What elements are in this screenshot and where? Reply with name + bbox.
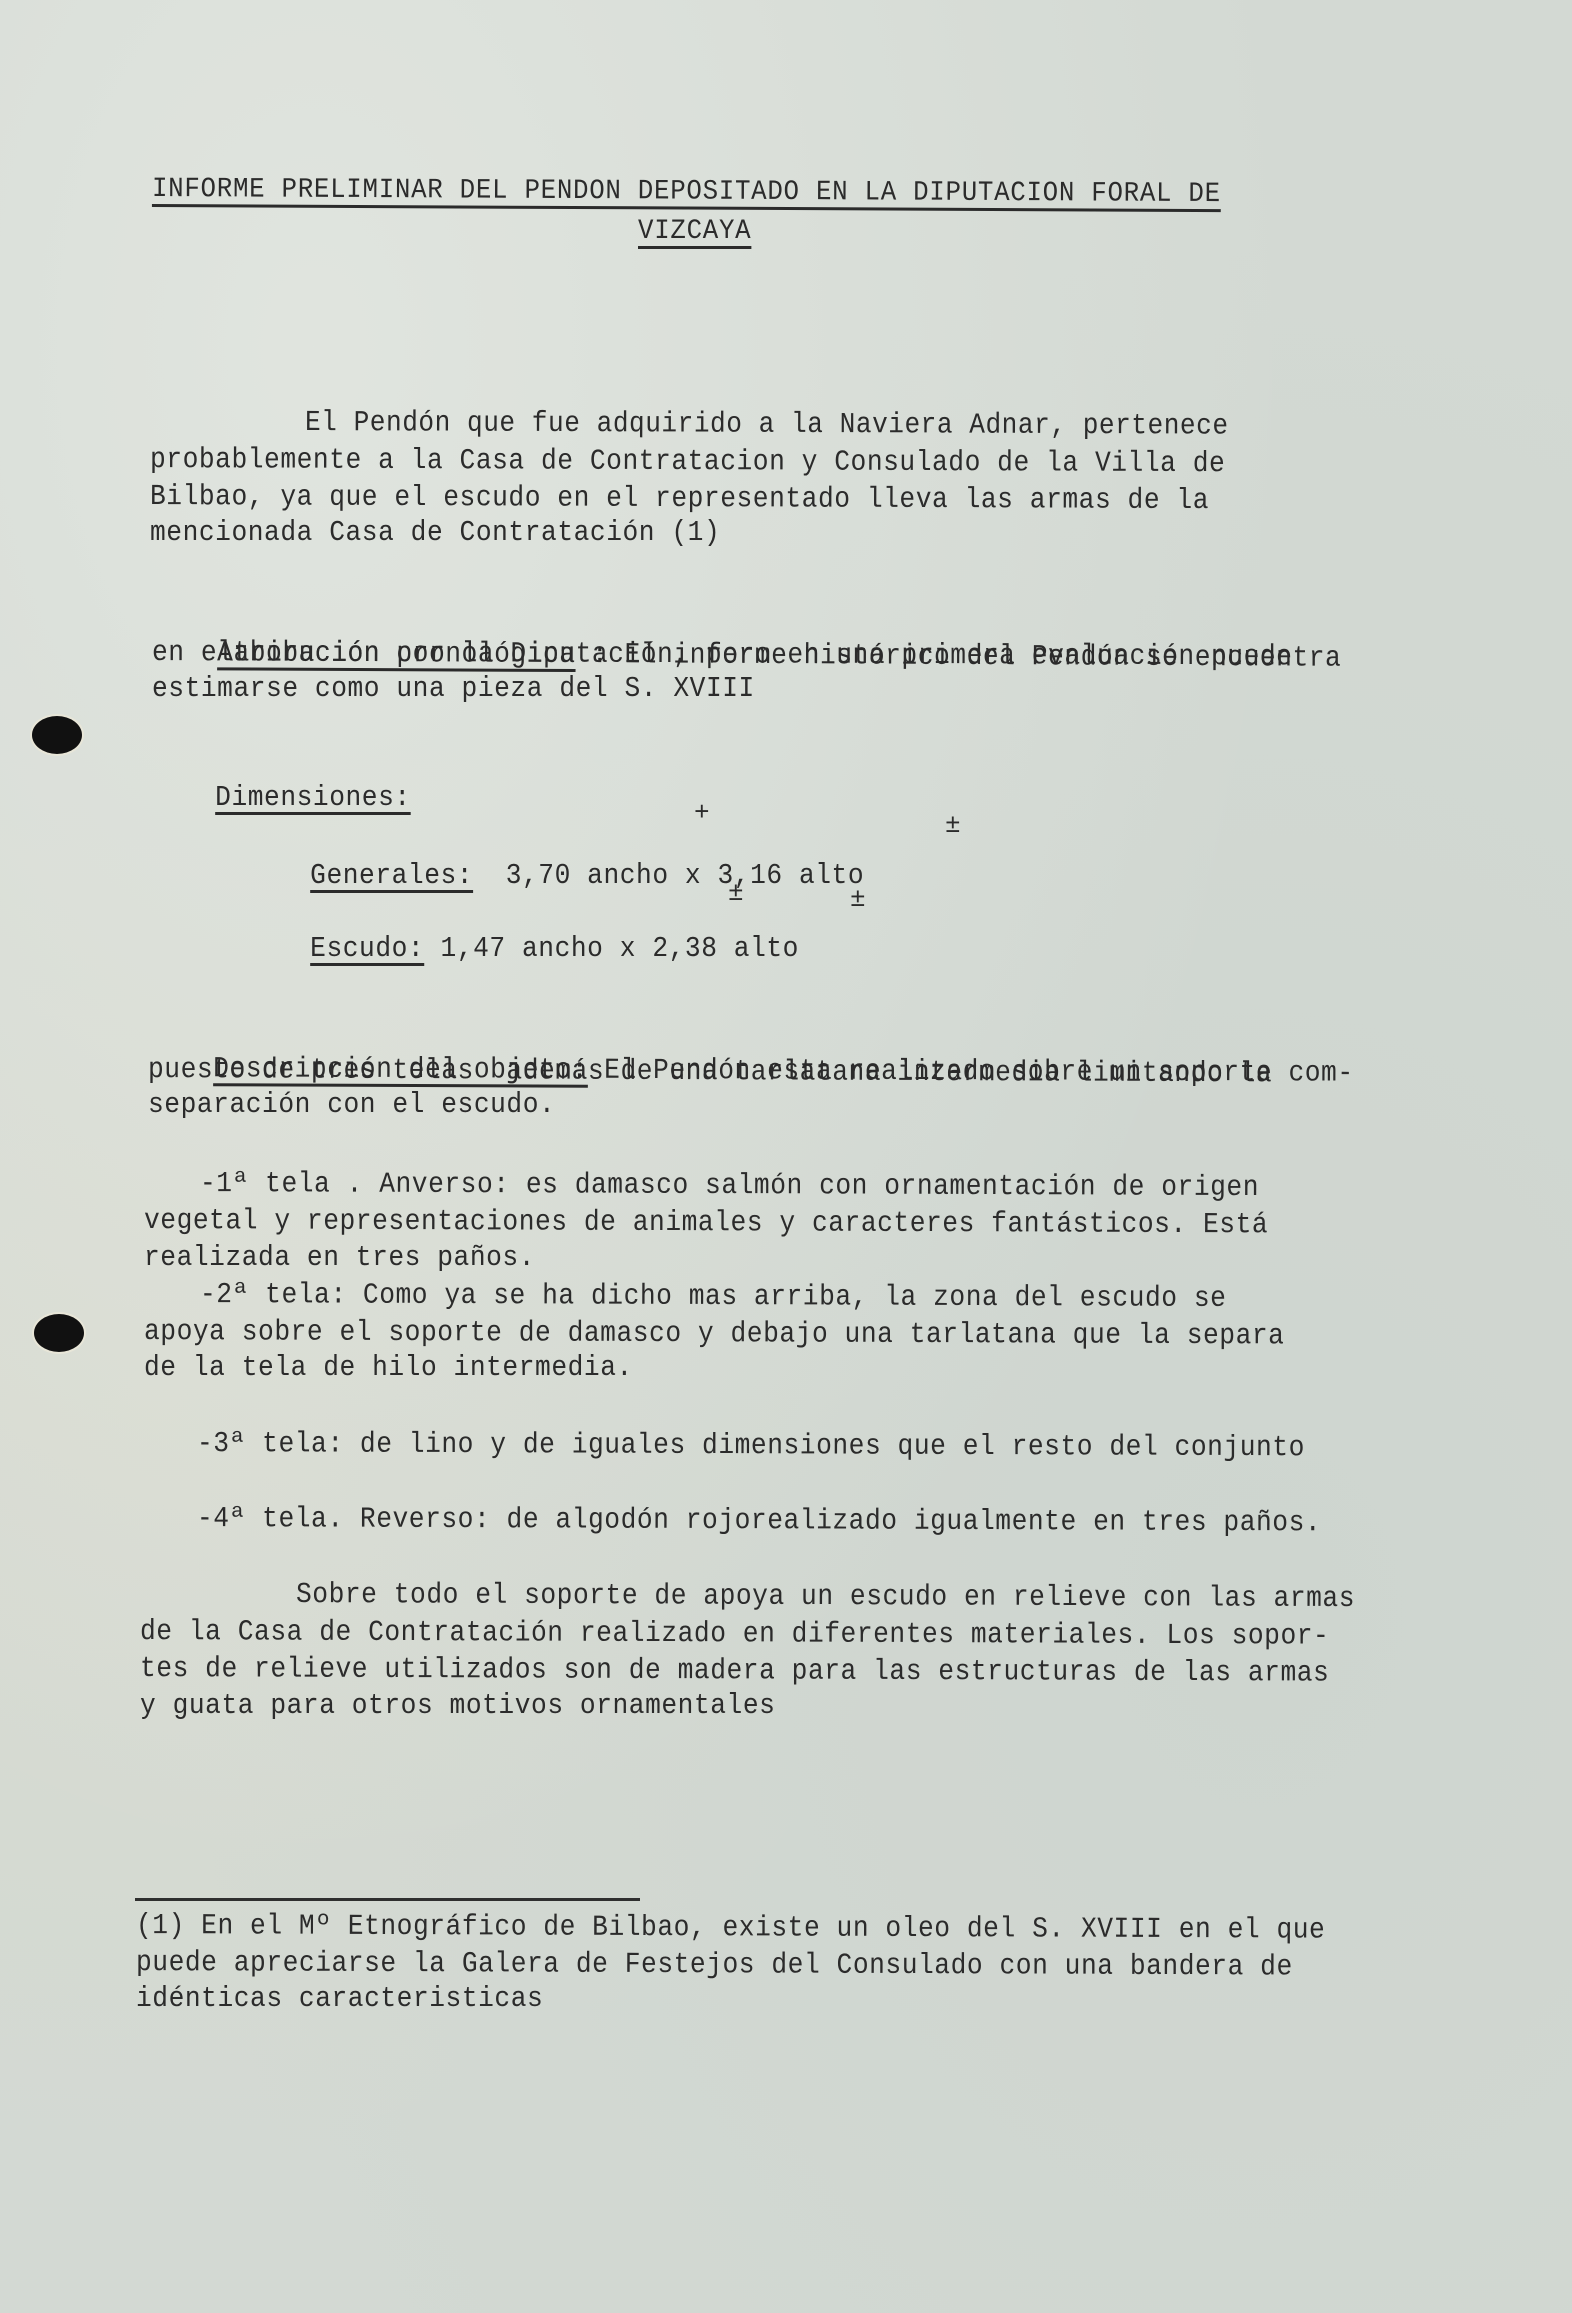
escudo-value: 1,47 ancho x 2,38 alto bbox=[424, 932, 799, 965]
intro-line: El Pendón que fue adquirido a la Naviera… bbox=[305, 405, 1229, 445]
intro-line: mencionada Casa de Contratación (1) bbox=[150, 515, 720, 551]
generales-plus-mark: + bbox=[694, 800, 710, 826]
tela-line: -4ª tela. Reverso: de algodón rojorealiz… bbox=[197, 1501, 1321, 1541]
tela-line: -2ª tela: Como ya se ha dicho mas arriba… bbox=[200, 1277, 1227, 1317]
document-title-line-2: VIZCAYA bbox=[638, 214, 751, 250]
tela-line: -3ª tela: de lino y de iguales dimension… bbox=[197, 1426, 1305, 1466]
dimensiones-heading-text: Dimensiones: bbox=[215, 781, 411, 814]
escudo-label: Escudo: bbox=[310, 932, 424, 965]
generales-plus-minus-mark: ± bbox=[945, 812, 961, 838]
tela-line: realizada en tres paños. bbox=[144, 1240, 535, 1276]
tela-line: de la tela de hilo intermedia. bbox=[144, 1350, 633, 1386]
footnote-line: idénticas caracteristicas bbox=[136, 1981, 543, 2017]
intro-line: Bilbao, ya que el escudo en el represent… bbox=[150, 479, 1209, 519]
escudo-plus-minus-mark: ± bbox=[728, 880, 744, 906]
soporte-line: Sobre todo el soporte de apoya un escudo… bbox=[296, 1577, 1355, 1617]
document-title-line-1: INFORME PRELIMINAR DEL PENDON DEPOSITADO… bbox=[152, 172, 1221, 213]
atribucion-line-2: en elaboración por la Diputación, pero e… bbox=[152, 635, 1293, 675]
punch-hole-bottom bbox=[34, 1314, 84, 1352]
footnote-rule bbox=[135, 1898, 640, 1901]
intro-line: probablemente a la Casa de Contratacion … bbox=[150, 442, 1225, 482]
generales-value: 3,70 ancho x 3,16 alto bbox=[473, 859, 864, 892]
tela-line: -1ª tela . Anverso: es damasco salmón co… bbox=[200, 1166, 1259, 1206]
footnote-line: puede apreciarse la Galera de Festejos d… bbox=[136, 1945, 1293, 1985]
tela-line: apoya sobre el soporte de damasco y deba… bbox=[144, 1314, 1285, 1354]
generales-label: Generales: bbox=[310, 859, 473, 892]
soporte-line: tes de relieve utilizados son de madera … bbox=[140, 1651, 1329, 1692]
soporte-line: y guata para otros motivos ornamentales bbox=[140, 1688, 775, 1724]
punch-hole-top bbox=[32, 716, 82, 754]
footnote-line: (1) En el Mº Etnográfico de Bilbao, exis… bbox=[136, 1908, 1325, 1949]
tela-line: vegetal y representaciones de animales y… bbox=[144, 1203, 1268, 1243]
dimensiones-escudo: Escudo: 1,47 ancho x 2,38 alto bbox=[245, 895, 799, 1003]
soporte-line: de la Casa de Contratación realizado en … bbox=[140, 1614, 1329, 1655]
atribucion-line-3: estimarse como una pieza del S. XVIII bbox=[152, 671, 755, 707]
descripcion-line-3: separación con el escudo. bbox=[148, 1087, 555, 1123]
escudo-plus-minus-mark-2: ± bbox=[850, 886, 866, 912]
